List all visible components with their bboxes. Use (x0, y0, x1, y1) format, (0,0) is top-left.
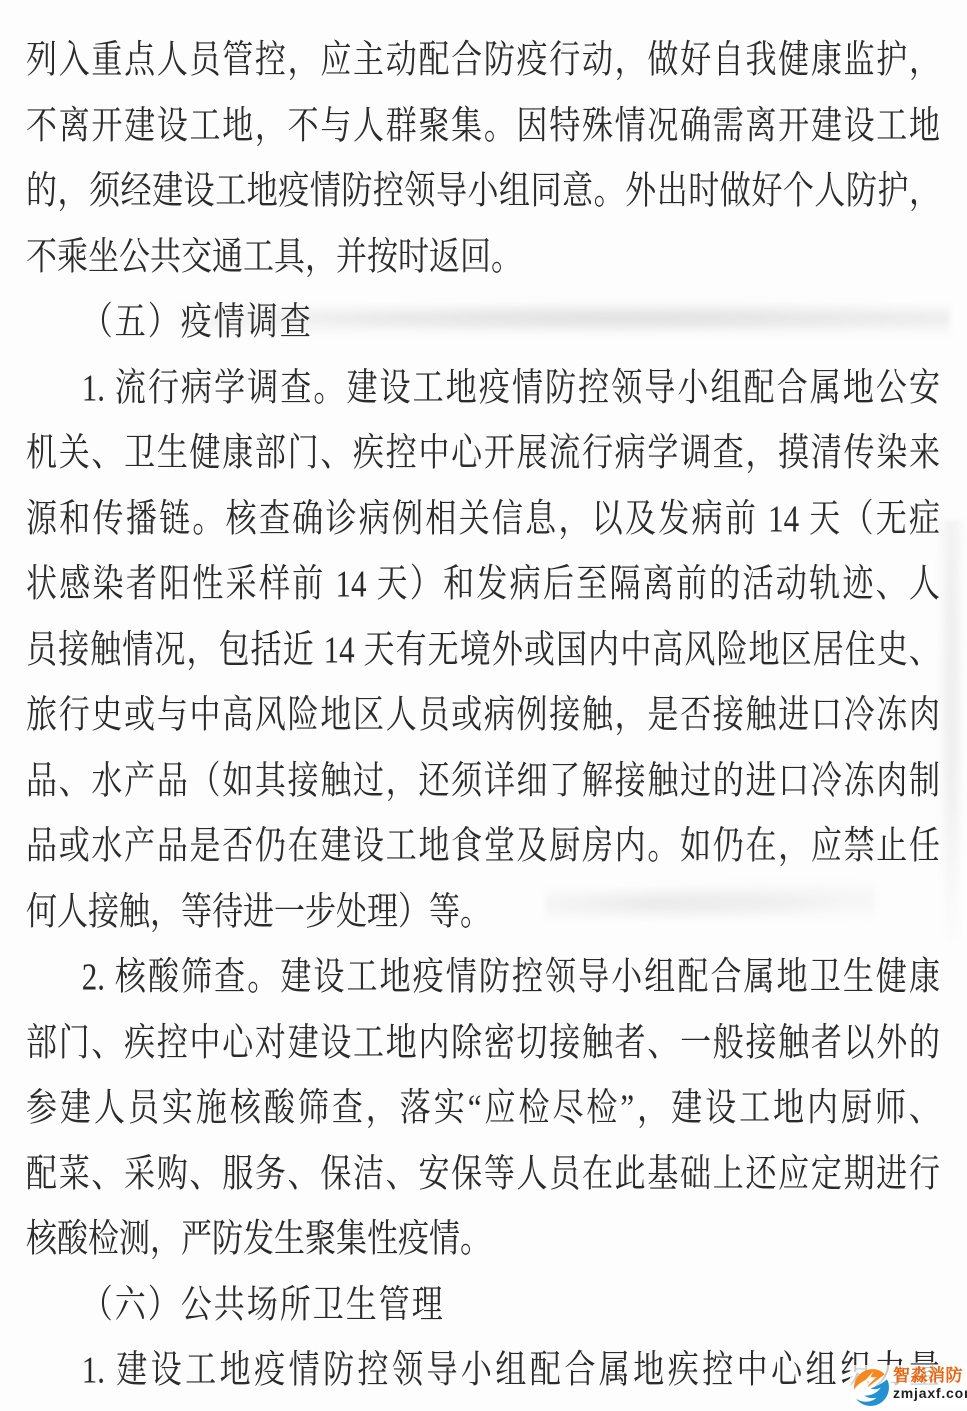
scanned-document-page: 列入重点人员管控，应主动配合防疫行动，做好自我健康监护，不离开建设工地，不与人群… (0, 0, 967, 1411)
document-body: 列入重点人员管控，应主动配合防疫行动，做好自我健康监护，不离开建设工地，不与人群… (0, 0, 967, 1403)
text-line: 1. 建设工地疫情防控领导小组配合属地疾控中心组织力量 (26, 1329, 940, 1410)
zhimiao-fire-logo-icon (851, 1366, 892, 1407)
watermark-brand-text: 智淼消防 (893, 1366, 967, 1386)
site-watermark: 智淼消防 zmjaxf.com (850, 1365, 967, 1407)
watermark-text-block: 智淼消防 zmjaxf.com (893, 1366, 967, 1401)
watermark-domain-text: zmjaxf.com (893, 1386, 967, 1401)
